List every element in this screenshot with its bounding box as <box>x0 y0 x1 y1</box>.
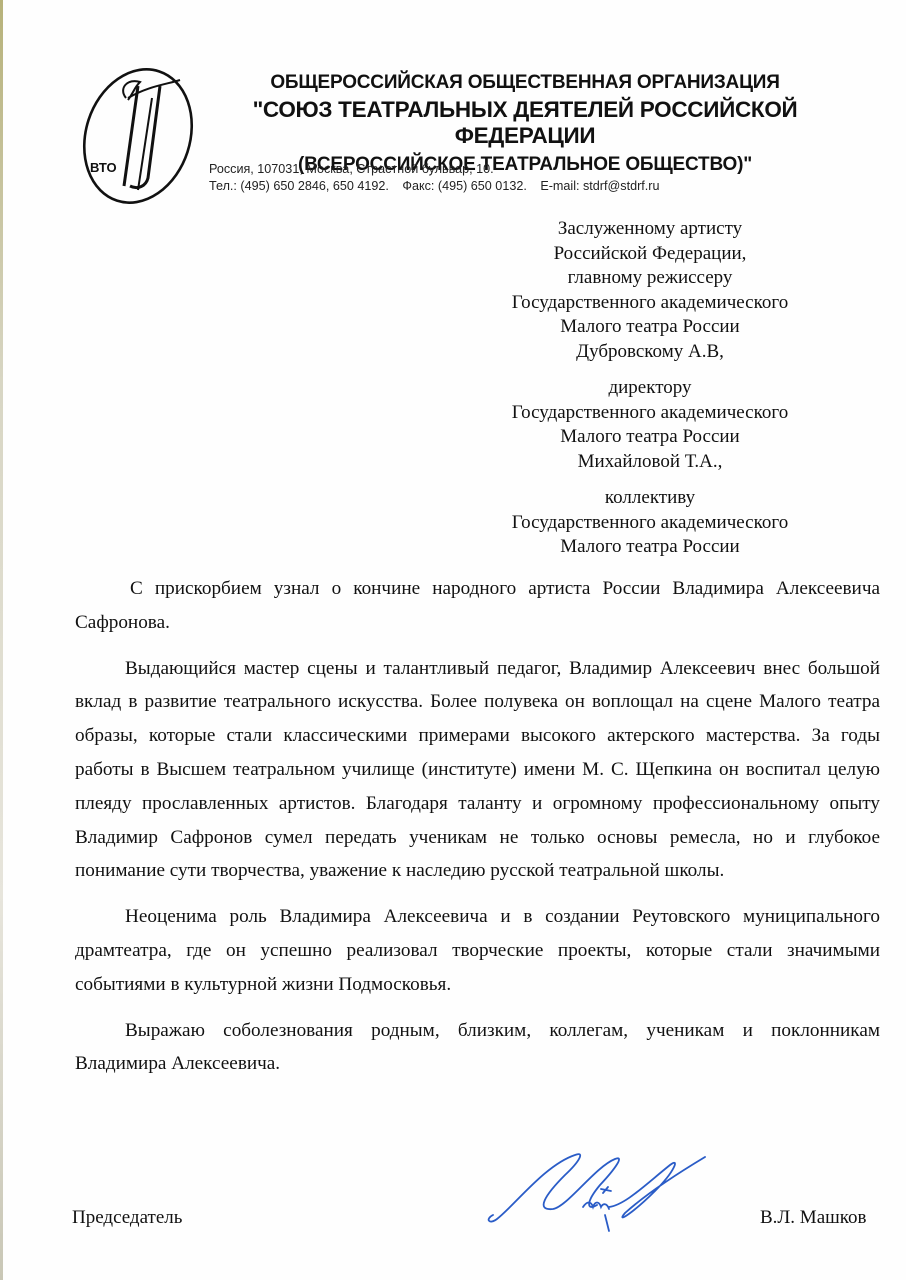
addressee-line: Малого театра России <box>470 535 830 560</box>
addressee-line: Дубровскому А.В, <box>470 340 830 365</box>
email-link[interactable]: E-mail: stdrf@stdrf.ru <box>540 179 659 193</box>
addressee-line: Государственного академического <box>470 401 830 426</box>
spacer <box>470 364 830 376</box>
logo-text: ВТО <box>90 160 117 175</box>
contact-info: Россия, 107031, Москва, Страстной бульва… <box>209 161 669 195</box>
scan-edge <box>0 0 3 1280</box>
vto-logo-icon: ВТО <box>68 58 208 208</box>
address: Россия, 107031, Москва, Страстной бульва… <box>209 161 669 178</box>
signer-title: Председатель <box>72 1207 182 1229</box>
fax: Факс: (495) 650 0132. <box>402 179 526 193</box>
addressee-line: Малого театра России <box>470 315 830 340</box>
addressee-line: Российской Федерации, <box>470 242 830 267</box>
paragraph: Выдающийся мастер сцены и талантливый пе… <box>75 652 880 889</box>
addressee-line: Государственного академического <box>470 291 830 316</box>
paragraph: С прискорбием узнал о кончине народного … <box>75 572 880 640</box>
addressee-line: директору <box>470 376 830 401</box>
org-line-1: ОБЩЕРОССИЙСКАЯ ОБЩЕСТВЕННАЯ ОРГАНИЗАЦИЯ <box>200 72 850 94</box>
addressee-line: Государственного академического <box>470 511 830 536</box>
letter-body: С прискорбием узнал о кончине народного … <box>75 572 880 1093</box>
handwritten-signature-icon <box>475 1145 725 1240</box>
phone: Тел.: (495) 650 2846, 650 4192. <box>209 179 389 193</box>
addressee-line: коллективу <box>470 486 830 511</box>
addressee-line: Малого театра России <box>470 425 830 450</box>
paragraph: Выражаю соболезнования родным, близким, … <box>75 1014 880 1082</box>
addressee-line: Михайловой Т.А., <box>470 450 830 475</box>
spacer <box>470 474 830 486</box>
letter-page: ВТО ОБЩЕРОССИЙСКАЯ ОБЩЕСТВЕННАЯ ОРГАНИЗА… <box>0 0 906 1280</box>
addressee-block: Заслуженному артисту Российской Федераци… <box>470 217 830 560</box>
addressee-line: главному режиссеру <box>470 266 830 291</box>
signer-name: В.Л. Машков <box>760 1207 867 1229</box>
addressee-line: Заслуженному артисту <box>470 217 830 242</box>
paragraph: Неоценима роль Владимира Алексеевича и в… <box>75 900 880 1001</box>
org-line-2: "СОЮЗ ТЕАТРАЛЬНЫХ ДЕЯТЕЛЕЙ РОССИЙСКОЙ ФЕ… <box>200 97 850 149</box>
